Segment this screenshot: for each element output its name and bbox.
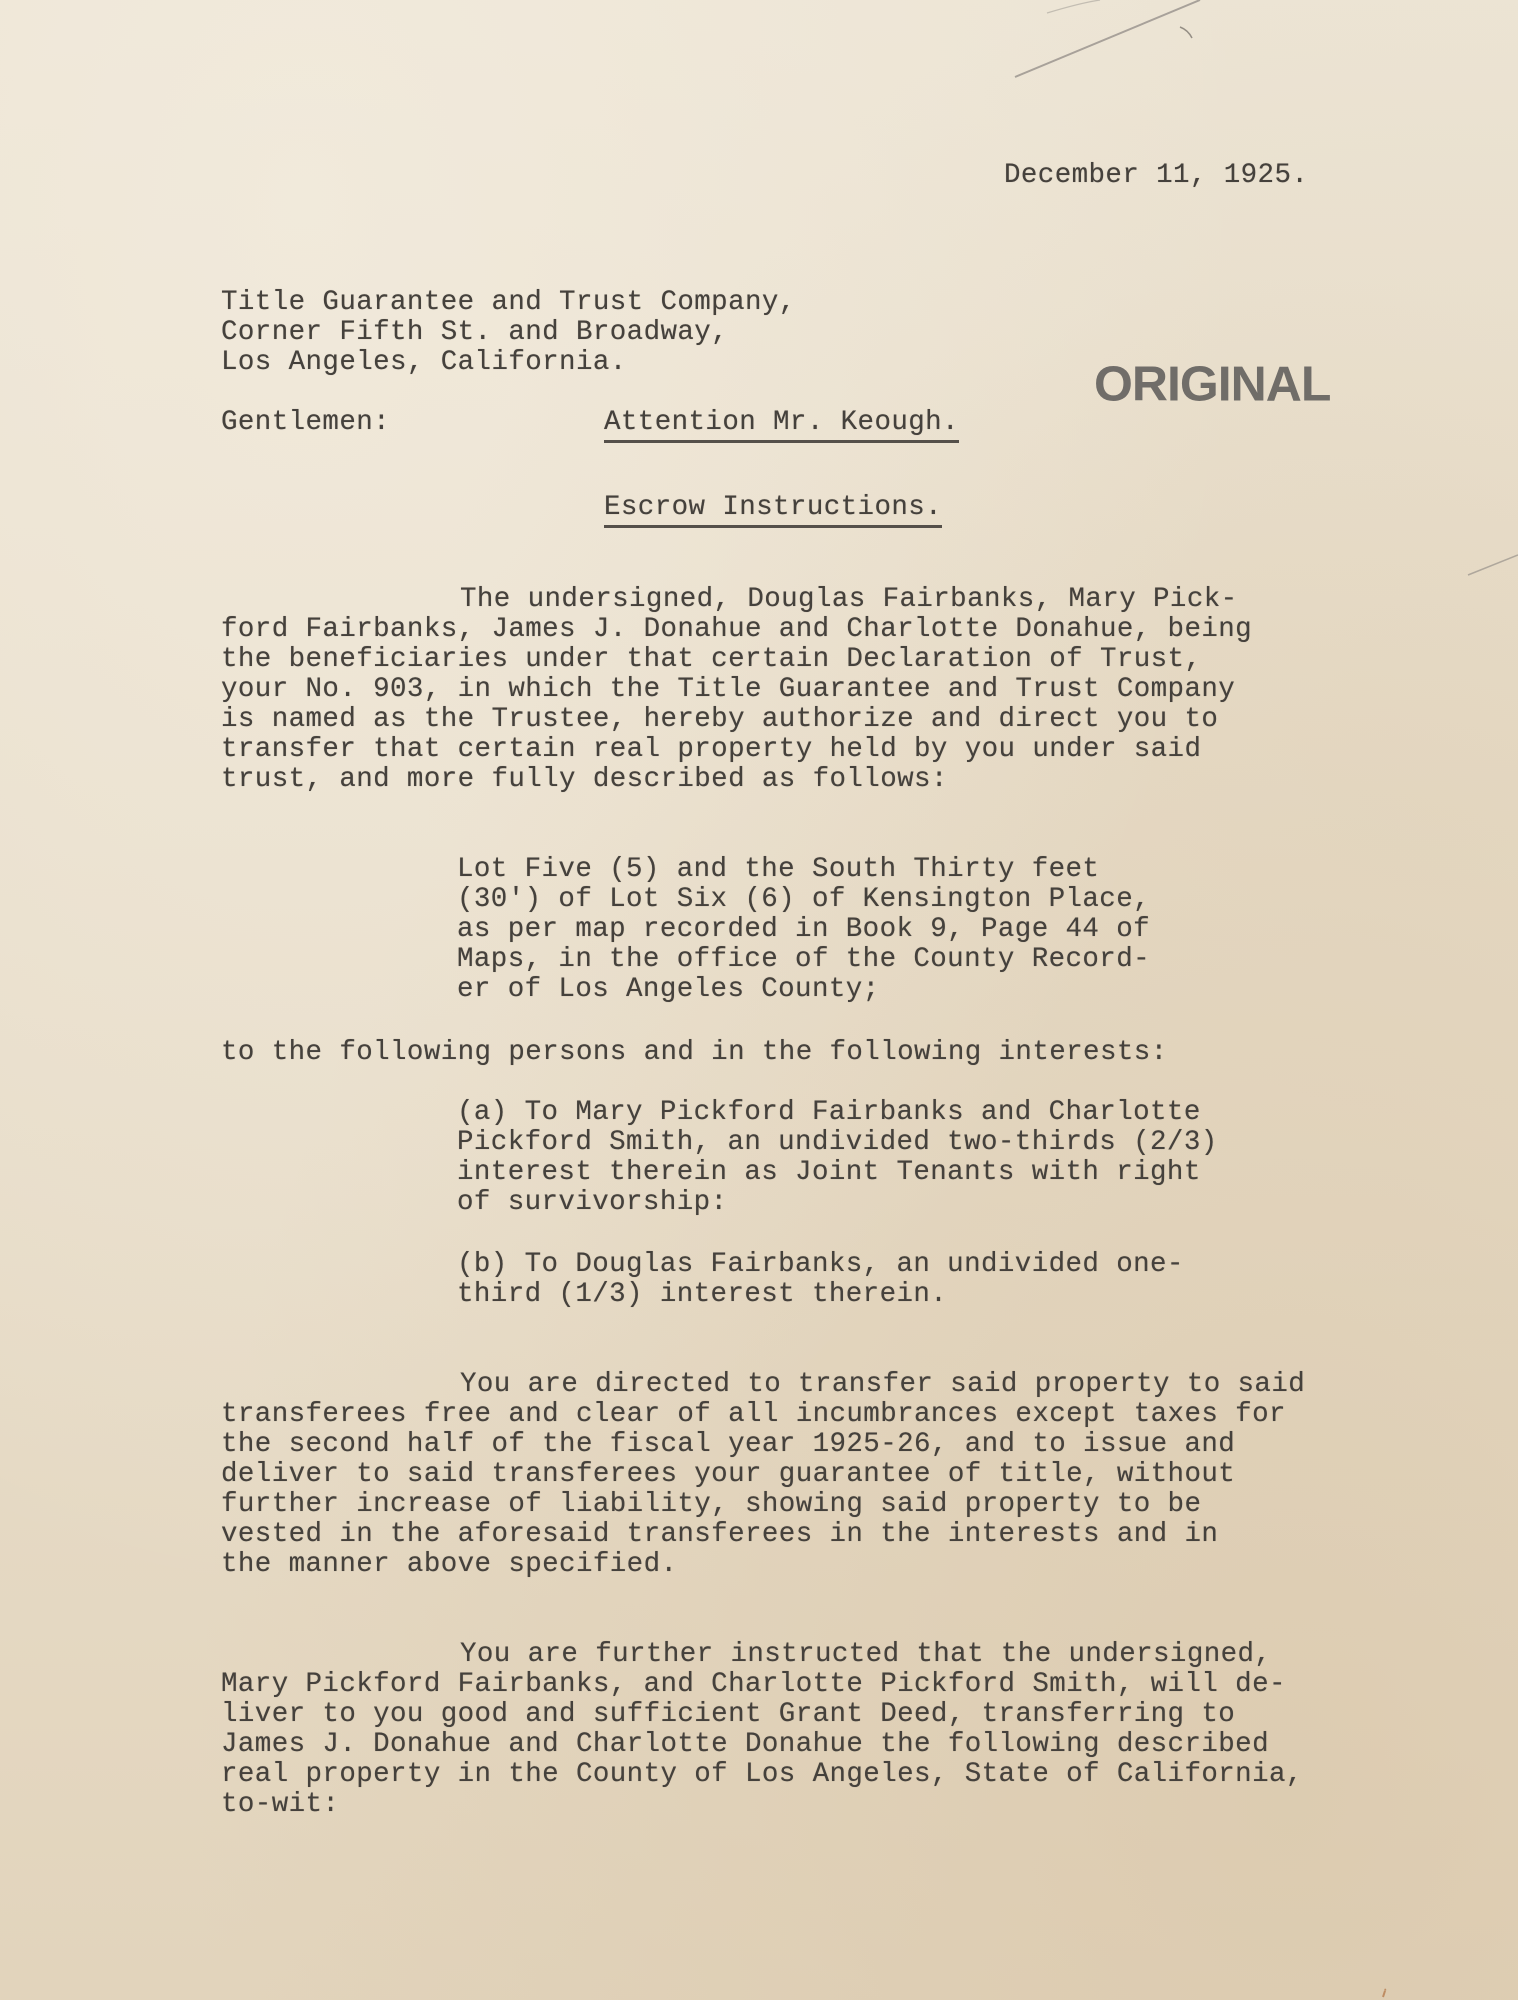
paragraph-line: the second half of the fiscal year 1925-… <box>221 1430 1235 1460</box>
paragraph-line: liver to you good and sufficient Grant D… <box>221 1700 1235 1730</box>
attention-text: Attention Mr. Keough. <box>604 407 959 443</box>
paragraph-line: further increase of liability, showing s… <box>221 1490 1201 1520</box>
letter-page: December 11, 1925. Title Guarantee and T… <box>0 0 1518 2000</box>
subject-heading: Escrow Instructions. <box>604 493 942 523</box>
attention-line: Attention Mr. Keough. <box>604 408 959 438</box>
property-line: er of Los Angeles County; <box>457 975 880 1005</box>
property-line: Maps, in the office of the County Record… <box>457 945 1150 975</box>
paragraph-line: transferees free and clear of all incumb… <box>221 1400 1286 1430</box>
paragraph-line: to-wit: <box>221 1790 339 1820</box>
paragraph-line: You are further instructed that the unde… <box>460 1640 1271 1670</box>
transition-line: to the following persons and in the foll… <box>221 1038 1168 1068</box>
paragraph-line: deliver to said transferees your guarant… <box>221 1460 1235 1490</box>
original-stamp: ORIGINAL <box>1094 356 1330 413</box>
interest-line: interest therein as Joint Tenants with r… <box>457 1158 1201 1188</box>
letter-date: December 11, 1925. <box>1004 161 1308 191</box>
interest-line: (b) To Douglas Fairbanks, an undivided o… <box>457 1250 1184 1280</box>
paragraph-line: transfer that certain real property held… <box>221 735 1201 765</box>
paragraph-line: Mary Pickford Fairbanks, and Charlotte P… <box>221 1670 1286 1700</box>
interest-line: third (1/3) interest therein. <box>457 1280 947 1310</box>
paragraph-line: real property in the County of Los Angel… <box>221 1760 1303 1790</box>
paragraph-line: ford Fairbanks, James J. Donahue and Cha… <box>221 615 1252 645</box>
salutation: Gentlemen: <box>221 408 390 438</box>
property-line: Lot Five (5) and the South Thirty feet <box>457 855 1099 885</box>
address-line-2: Corner Fifth St. and Broadway, <box>221 318 728 348</box>
paragraph-line: You are directed to transfer said proper… <box>460 1370 1305 1400</box>
address-line-1: Title Guarantee and Trust Company, <box>221 288 796 318</box>
interest-line: Pickford Smith, an undivided two-thirds … <box>457 1128 1218 1158</box>
property-line: as per map recorded in Book 9, Page 44 o… <box>457 915 1150 945</box>
interest-line: of survivorship: <box>457 1188 727 1218</box>
paragraph-line: is named as the Trustee, hereby authoriz… <box>221 705 1218 735</box>
paragraph-line: The undersigned, Douglas Fairbanks, Mary… <box>460 585 1238 615</box>
paragraph-line: vested in the aforesaid transferees in t… <box>221 1520 1218 1550</box>
paragraph-line: trust, and more fully described as follo… <box>221 765 948 795</box>
address-line-3: Los Angeles, California. <box>221 348 627 378</box>
property-line: (30') of Lot Six (6) of Kensington Place… <box>457 885 1150 915</box>
interest-line: (a) To Mary Pickford Fairbanks and Charl… <box>457 1098 1201 1128</box>
paragraph-line: your No. 903, in which the Title Guarant… <box>221 675 1235 705</box>
paragraph-line: the manner above specified. <box>221 1550 677 1580</box>
paragraph-line: the beneficiaries under that certain Dec… <box>221 645 1201 675</box>
paragraph-line: James J. Donahue and Charlotte Donahue t… <box>221 1730 1269 1760</box>
subject-text: Escrow Instructions. <box>604 492 942 528</box>
